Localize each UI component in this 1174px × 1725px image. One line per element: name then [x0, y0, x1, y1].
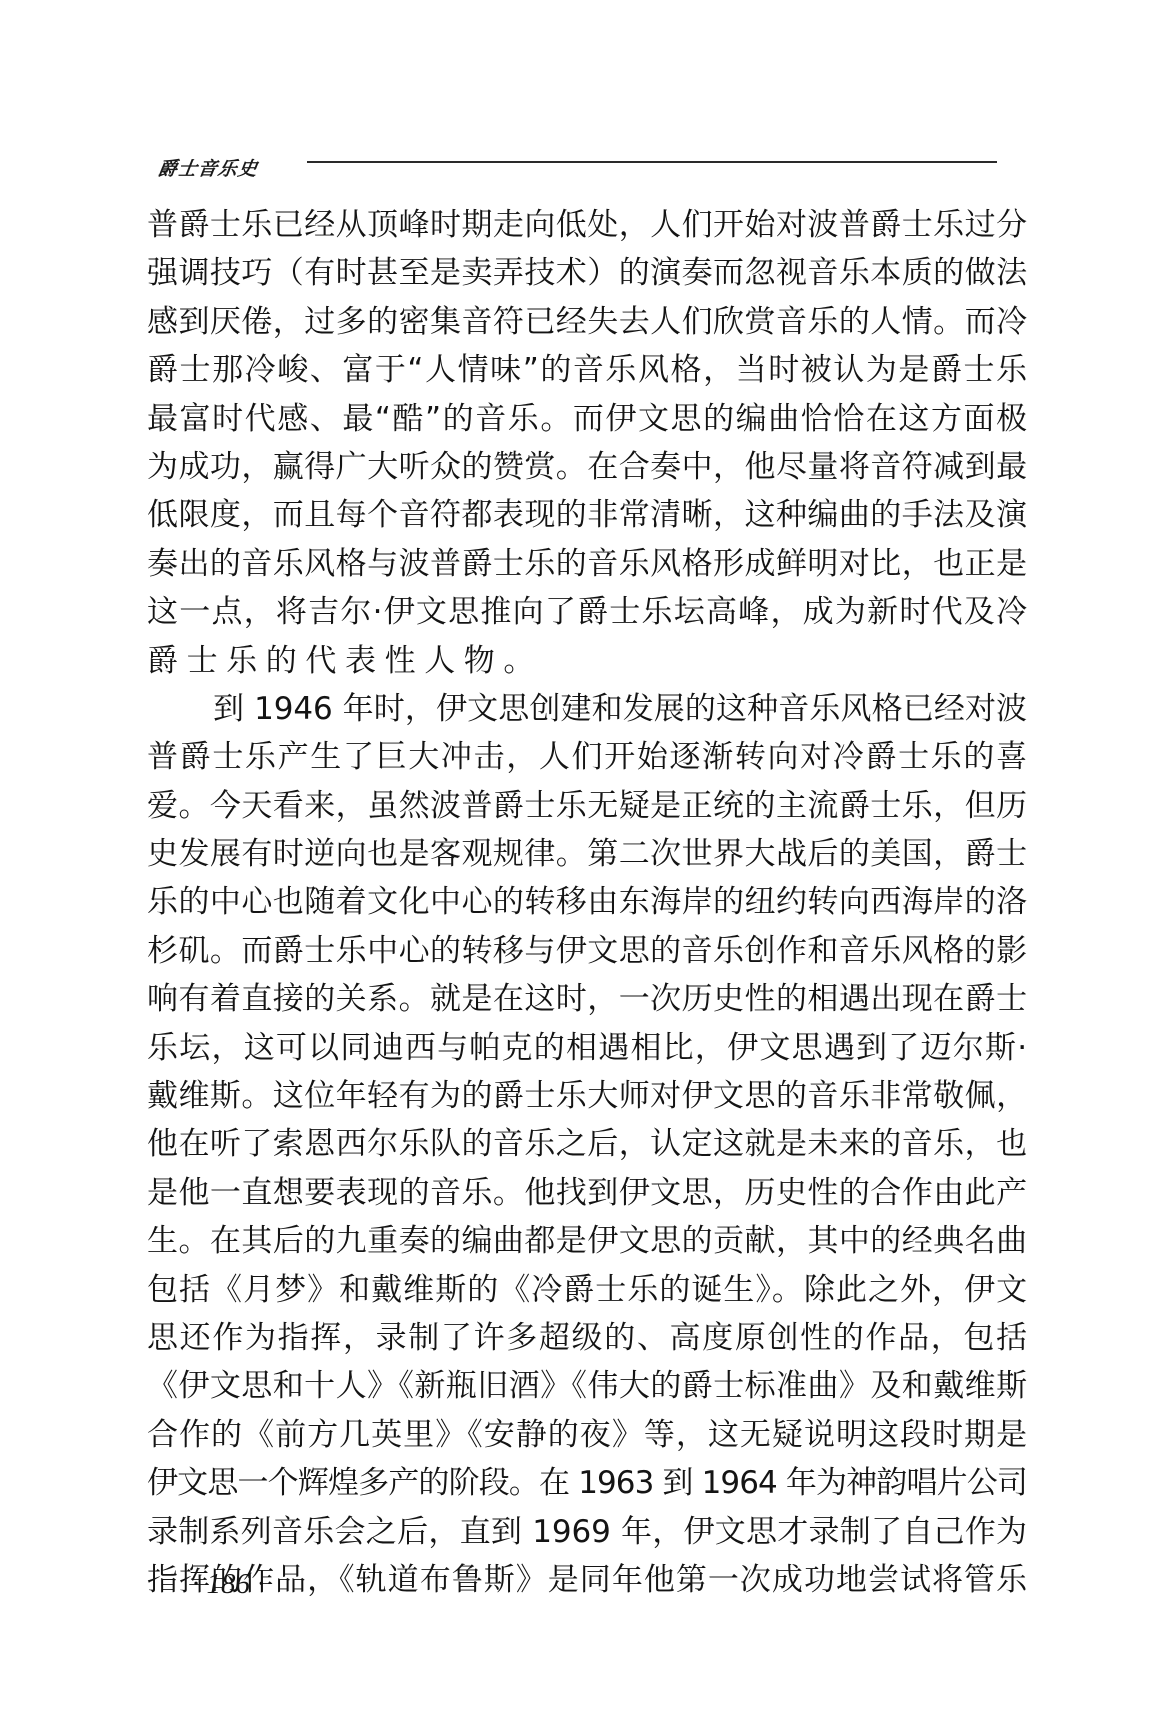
text-line: 录制系列音乐会之后，直到 1969 年，伊文思才录制了自己作为: [147, 1508, 1027, 1556]
text-line: 合作的《前方几英里》《安静的夜》等，这无疑说明这段时期是: [147, 1411, 1027, 1459]
text-line: 史发展有时逆向也是客观规律。第二次世界大战后的美国，爵士: [147, 830, 1027, 878]
header-rule: [307, 161, 997, 163]
text-line: 爵士乐的代表性人物。: [147, 637, 1027, 685]
text-line: 普爵士乐已经从顶峰时期走向低处，人们开始对波普爵士乐过分: [147, 201, 1027, 249]
text-line: 是他一直想要表现的音乐。他找到伊文思，历史性的合作由此产: [147, 1169, 1027, 1217]
text-line: 为成功，赢得广大听众的赞赏。在合奏中，他尽量将音符减到最: [147, 443, 1027, 491]
text-line: 乐的中心也随着文化中心的转移由东海岸的纽约转向西海岸的洛: [147, 878, 1027, 926]
text-line: 他在听了索恩西尔乐队的音乐之后，认定这就是未来的音乐，也: [147, 1120, 1027, 1168]
text-line: 指挥的作品，《轨道布鲁斯》是同年他第一次成功地尝试将管乐: [147, 1556, 1027, 1604]
body-text: 普爵士乐已经从顶峰时期走向低处，人们开始对波普爵士乐过分 强调技巧（有时甚至是卖…: [147, 201, 1027, 1604]
paragraph-1: 普爵士乐已经从顶峰时期走向低处，人们开始对波普爵士乐过分 强调技巧（有时甚至是卖…: [147, 201, 1027, 685]
text-line: 伊文思一个辉煌多产的阶段。在 1963 到 1964 年为神韵唱片公司: [147, 1459, 1027, 1507]
text-line: 这一点，将吉尔·伊文思推向了爵士乐坛高峰，成为新时代及冷: [147, 588, 1027, 636]
text-line: 爵士那冷峻、富于“人情味”的音乐风格，当时被认为是爵士乐: [147, 346, 1027, 394]
text-line: 普爵士乐产生了巨大冲击，人们开始逐渐转向对冷爵士乐的喜: [147, 733, 1027, 781]
paragraph-2: 到 1946 年时，伊文思创建和发展的这种音乐风格已经对波 普爵士乐产生了巨大冲…: [147, 685, 1027, 1604]
book-title: 爵士音乐史: [156, 154, 260, 181]
text-line: 爱。今天看来，虽然波普爵士乐无疑是正统的主流爵士乐，但历: [147, 782, 1027, 830]
text-line: 杉矶。而爵士乐中心的转移与伊文思的音乐创作和音乐风格的影: [147, 927, 1027, 975]
text-line: 低限度，而且每个音符都表现的非常清晰，这种编曲的手法及演: [147, 491, 1027, 539]
text-line: 戴维斯。这位年轻有为的爵士乐大师对伊文思的音乐非常敬佩，: [147, 1072, 1027, 1120]
text-line: 感到厌倦，过多的密集音符已经失去人们欣赏音乐的人情。而冷: [147, 298, 1027, 346]
text-line: 到 1946 年时，伊文思创建和发展的这种音乐风格已经对波: [147, 685, 1027, 733]
text-line: 思还作为指挥，录制了许多超级的、高度原创性的作品，包括: [147, 1314, 1027, 1362]
text-line: 最富时代感、最“酷”的音乐。而伊文思的编曲恰恰在这方面极: [147, 395, 1027, 443]
page-number: · 186 ·: [192, 1568, 265, 1601]
text-line: 乐坛，这可以同迪西与帕克的相遇相比，伊文思遇到了迈尔斯·: [147, 1024, 1027, 1072]
text-line: 强调技巧（有时甚至是卖弄技术）的演奏而忽视音乐本质的做法: [147, 249, 1027, 297]
text-line: 《伊文思和十人》《新瓶旧酒》《伟大的爵士标准曲》及和戴维斯: [147, 1362, 1027, 1410]
running-head: 爵士音乐史: [158, 152, 258, 182]
text-line: 包括《月梦》和戴维斯的《冷爵士乐的诞生》。除此之外，伊文: [147, 1266, 1027, 1314]
text-line: 生。在其后的九重奏的编曲都是伊文思的贡献，其中的经典名曲: [147, 1217, 1027, 1265]
text-line: 奏出的音乐风格与波普爵士乐的音乐风格形成鲜明对比，也正是: [147, 540, 1027, 588]
text-line: 响有着直接的关系。就是在这时，一次历史性的相遇出现在爵士: [147, 975, 1027, 1023]
